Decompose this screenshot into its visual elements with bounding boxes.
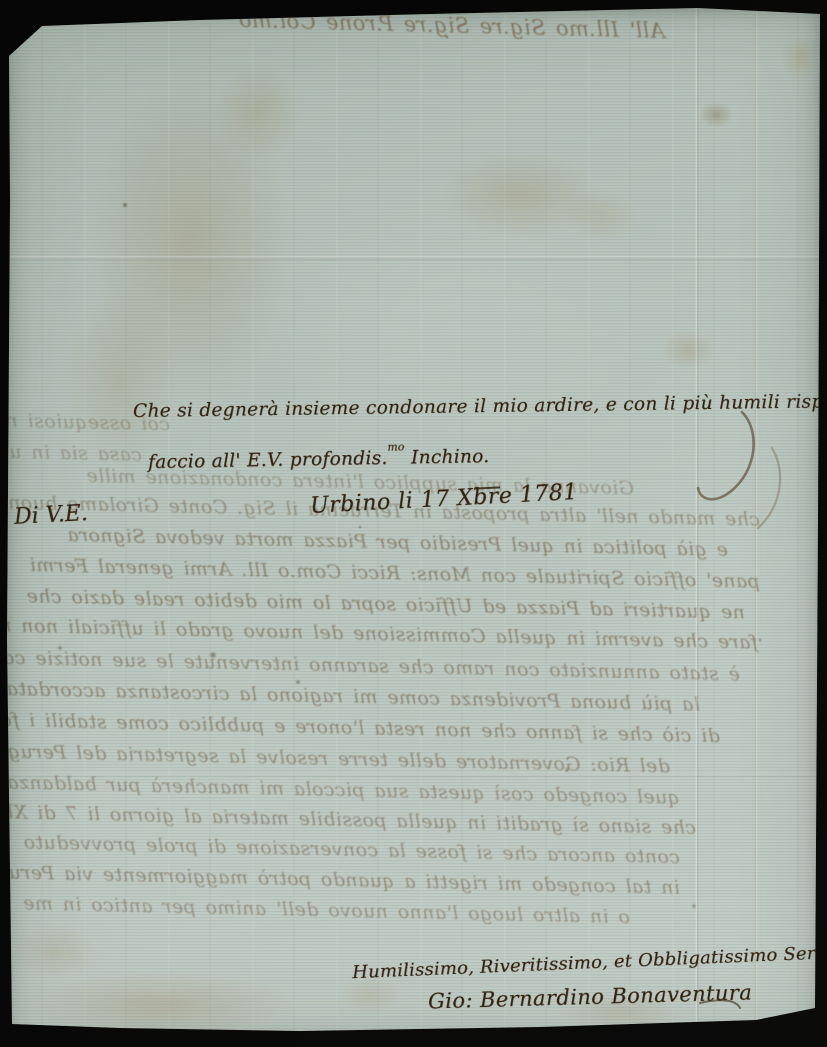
top-annotation-showthrough: All' Ill.mo Sig.re Sig.re P.rone Col.mo: [280, 9, 665, 43]
valediction-text: Humilissimo, Riveritissimo, et Obbligati…: [352, 942, 827, 983]
superscript-mo: mo: [387, 441, 404, 454]
signature: Gio: Bernardino Bonaventura: [428, 980, 753, 1013]
valediction: Humilissimo, Riveritissimo, et Obbligati…: [352, 942, 827, 983]
letter-paper: All' Ill.mo Sig.re Sig.re P.rone Col.mo …: [0, 0, 827, 1047]
closing-line-2: faccio all' E.V. profondis.mo Inchino.: [148, 445, 490, 473]
horizontal-fold-crease-top: [0, 256, 827, 260]
closing-line-2-end: Inchino.: [405, 446, 490, 468]
bleedthrough-line: o in altro luogo l'anno nuovo dell' anim…: [0, 891, 630, 929]
sender-honorific: Di V.E.: [13, 501, 88, 530]
closing-line-1: Che si degnerà insieme condonare il mio …: [133, 391, 827, 422]
closing-line-2-text: faccio all' E.V. profondis.: [148, 448, 388, 473]
manuscript-scan: All' Ill.mo Sig.re Sig.re P.rone Col.mo …: [0, 0, 827, 1047]
